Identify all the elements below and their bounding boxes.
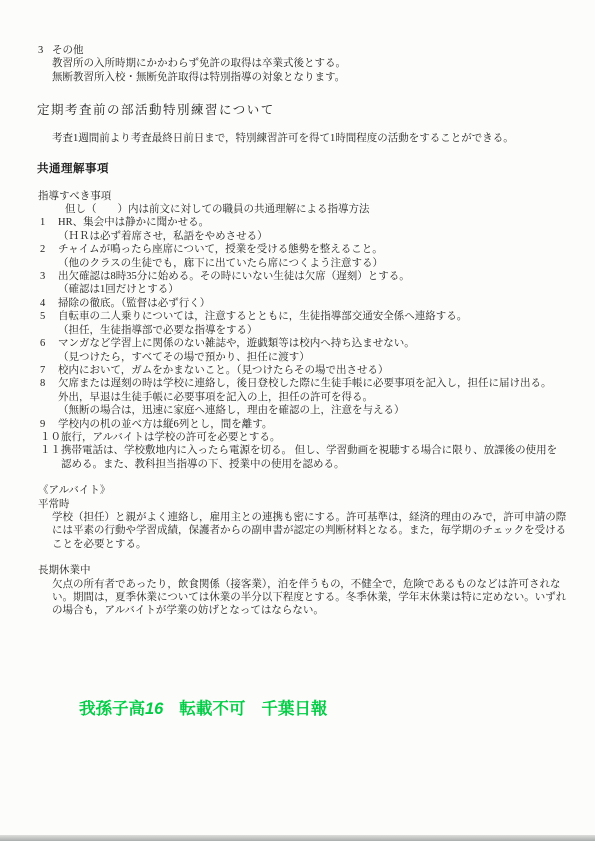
rule-item-8: 8 欠席または遅刻の時は学校に連絡し，後日登校した際に生徒手帳に必要事項を記入し… bbox=[40, 377, 595, 417]
guidance-note: 但し（ ）内は前文に対しての職員の共通理解による指導方法 bbox=[65, 203, 595, 216]
rule-item-number: １０ bbox=[40, 431, 61, 444]
rule-note: （見つけたら，すべてその場で預かり、担任に渡す） bbox=[58, 351, 415, 364]
rule-item-text: チャイムが鳴ったら座席について，授業を受ける態勢を整えること。 （他のクラスの生… bbox=[58, 243, 383, 270]
rule-item-text: 携帯電話は、学校敷地内に入ったら電源を切る。 但し、学習動画を視聴する場合に限り… bbox=[61, 444, 557, 471]
rule-line: チャイムが鳴ったら座席について，授業を受ける態勢を整えること。 bbox=[58, 243, 383, 256]
rule-line: 携帯電話は、学校敷地内に入ったら電源を切る。 但し、学習動画を視聴する場合に限り… bbox=[61, 444, 557, 457]
section-other: 3 その他 bbox=[38, 44, 595, 57]
document-page: 3 その他 教習所の入所時期にかかわらず免許の取得は卒業式後とする。 無断教習所… bbox=[0, 0, 595, 841]
rule-line: 外出，早退は生徒手帳に必要事項を記入の上，担任の許可を得る。 bbox=[58, 391, 552, 404]
watermark-notice: 転載不可 bbox=[179, 700, 245, 718]
paragraph-line: い。期間は，夏季休業については休業の半分以下程度とする。冬季休業，学年末休業は特… bbox=[52, 591, 595, 604]
common-understanding-heading: 共通理解事項 bbox=[37, 162, 595, 176]
practice-heading: 定期考査前の部活動特別練習について bbox=[37, 102, 595, 118]
rule-item-number: 9 bbox=[40, 418, 58, 431]
section-other-title: その他 bbox=[52, 44, 84, 57]
rule-item-2: 2 チャイムが鳴ったら座席について，授業を受ける態勢を整えること。 （他のクラス… bbox=[40, 243, 595, 270]
rule-item-text: HR、集会中は静かに聞かせる。 （ＨＲは必ず着席させ，私語をやめさせる） bbox=[58, 216, 268, 243]
rule-item-text: マンガなど学習上に関係のない雑誌や，遊戯類等は校内へ持ち込ませない。 （見つけた… bbox=[58, 337, 415, 364]
rule-line: 掃除の徹底。（監督は必ず行く） bbox=[58, 297, 210, 310]
rule-item-text: 掃除の徹底。（監督は必ず行く） bbox=[58, 297, 210, 310]
rule-note: （確認は1回だけとする） bbox=[58, 283, 410, 296]
rule-item-5: 5 自転車の二人乗りについては，注意するとともに，生徒指導部交通安全係へ連絡する… bbox=[40, 310, 595, 337]
rule-item-4: 4 掃除の徹底。（監督は必ず行く） bbox=[40, 297, 595, 310]
section-other-line: 無断教習所入校・無断免許取得は特別指導の対象となります。 bbox=[52, 71, 595, 84]
rule-item-number: 3 bbox=[40, 270, 58, 297]
practice-body: 考査1週間前より考査最終日前日まで，特別練習許可を得て1時間程度の活動をすること… bbox=[52, 132, 595, 145]
rule-item-number: 6 bbox=[40, 337, 58, 364]
rule-note: （無断の場合は，迅速に家庭へ連絡し，理由を確認の上，注意を与える） bbox=[58, 404, 552, 417]
arbeit-normal-subheading: 平常時 bbox=[38, 498, 595, 511]
rule-line: 旅行，アルバイトは学校の許可を必要とする。 bbox=[61, 431, 280, 444]
arbeit-heading: 《アルバイト》 bbox=[38, 484, 595, 497]
rule-item-number: 4 bbox=[40, 297, 58, 310]
rule-item-number: 5 bbox=[40, 310, 58, 337]
paragraph-line: には平素の行動や学習成績，保護者からの副申書が認定の判断材料となる。また，毎学期… bbox=[52, 524, 595, 537]
rule-item-6: 6 マンガなど学習上に関係のない雑誌や，遊戯類等は校内へ持ち込ませない。 （見つ… bbox=[40, 337, 595, 364]
rule-line: 欠席または遅刻の時は学校に連絡し，後日登校した際に生徒手帳に必要事項を記入し，担… bbox=[58, 377, 552, 390]
rule-line: 出欠確認は8時35分に始める。その時にいない生徒は欠席（遅刻）とする。 bbox=[58, 270, 410, 283]
rule-item-7: 7 校内において，ガムをかまないこと。（見つけたらその場で出させる） bbox=[40, 364, 595, 377]
scan-edge-shadow bbox=[0, 835, 595, 841]
rule-item-number: １１ bbox=[40, 444, 61, 471]
rule-item-number: 1 bbox=[40, 216, 58, 243]
rule-item-number: 8 bbox=[40, 377, 58, 417]
section-other-number: 3 bbox=[38, 44, 52, 57]
rule-item-text: 自転車の二人乗りについては，注意するとともに，生徒指導部交通安全係へ連絡する。 … bbox=[58, 310, 467, 337]
rule-line: 学校内の机の並べ方は縦6列とし，間を離す。 bbox=[58, 418, 272, 431]
rule-line: 認める。また、教科担当指導の下、授業中の使用を認める。 bbox=[61, 458, 557, 471]
arbeit-normal-paragraph: 学校（担任）と親がよく連絡し，雇用主との連携も密にする。許可基準は，経済的理由の… bbox=[0, 511, 595, 551]
document-content: 3 その他 教習所の入所時期にかかわらず免許の取得は卒業式後とする。 無断教習所… bbox=[0, 0, 595, 618]
paragraph-line: ことを必要とする。 bbox=[52, 538, 595, 551]
rule-item-3: 3 出欠確認は8時35分に始める。その時にいない生徒は欠席（遅刻）とする。 （確… bbox=[40, 270, 595, 297]
rule-item-text: 校内において，ガムをかまないこと。（見つけたらその場で出させる） bbox=[58, 364, 389, 377]
rule-item-text: 出欠確認は8時35分に始める。その時にいない生徒は欠席（遅刻）とする。 （確認は… bbox=[58, 270, 410, 297]
rule-item-number: 7 bbox=[40, 364, 58, 377]
rule-note: （担任，生徒指導部で必要な指導をする） bbox=[58, 324, 467, 337]
arbeit-vacation-subheading: 長期休業中 bbox=[38, 564, 595, 577]
rule-line: 自転車の二人乗りについては，注意するとともに，生徒指導部交通安全係へ連絡する。 bbox=[58, 310, 467, 323]
rule-item-text: 欠席または遅刻の時は学校に連絡し，後日登校した際に生徒手帳に必要事項を記入し，担… bbox=[58, 377, 552, 417]
rule-line: 校内において，ガムをかまないこと。（見つけたらその場で出させる） bbox=[58, 364, 389, 377]
rule-line: HR、集会中は静かに聞かせる。 bbox=[58, 216, 268, 229]
rule-item-9: 9 学校内の机の並べ方は縦6列とし，間を離す。 bbox=[40, 418, 595, 431]
rule-note: （ＨＲは必ず着席させ，私語をやめさせる） bbox=[58, 230, 268, 243]
rule-item-number: 2 bbox=[40, 243, 58, 270]
rule-item-11: １１ 携帯電話は、学校敷地内に入ったら電源を切る。 但し、学習動画を視聴する場合… bbox=[40, 444, 595, 471]
rule-item-text: 旅行，アルバイトは学校の許可を必要とする。 bbox=[61, 431, 280, 444]
watermark-number: 16 bbox=[145, 700, 163, 718]
guidance-subheading: 指導すべき事項 bbox=[38, 190, 595, 203]
watermark: 我孫子高16転載不可千葉日報 bbox=[79, 699, 327, 719]
paragraph-line: の場合も，アルバイトが学業の妨げとなってはならない。 bbox=[52, 604, 595, 617]
rule-note: （他のクラスの生徒でも，廊下に出ていたら席につくよう注意する） bbox=[58, 257, 383, 270]
watermark-source: 千葉日報 bbox=[261, 700, 327, 718]
arbeit-vacation-paragraph: 欠点の所有者であったり，飲食関係（接客業），泊を伴うもの，不健全で，危険であるも… bbox=[0, 578, 595, 618]
rule-item-text: 学校内の机の並べ方は縦6列とし，間を離す。 bbox=[58, 418, 272, 431]
watermark-school: 我孫子高 bbox=[79, 700, 145, 718]
paragraph-line: 学校（担任）と親がよく連絡し，雇用主との連携も密にする。許可基準は，経済的理由の… bbox=[52, 511, 595, 524]
rule-line: マンガなど学習上に関係のない雑誌や，遊戯類等は校内へ持ち込ませない。 bbox=[58, 337, 415, 350]
rule-item-10: １０ 旅行，アルバイトは学校の許可を必要とする。 bbox=[40, 431, 595, 444]
rule-item-1: 1 HR、集会中は静かに聞かせる。 （ＨＲは必ず着席させ，私語をやめさせる） bbox=[40, 216, 595, 243]
section-other-line: 教習所の入所時期にかかわらず免許の取得は卒業式後とする。 bbox=[52, 57, 595, 70]
paragraph-line: 欠点の所有者であったり，飲食関係（接客業），泊を伴うもの，不健全で，危険であるも… bbox=[52, 578, 595, 591]
